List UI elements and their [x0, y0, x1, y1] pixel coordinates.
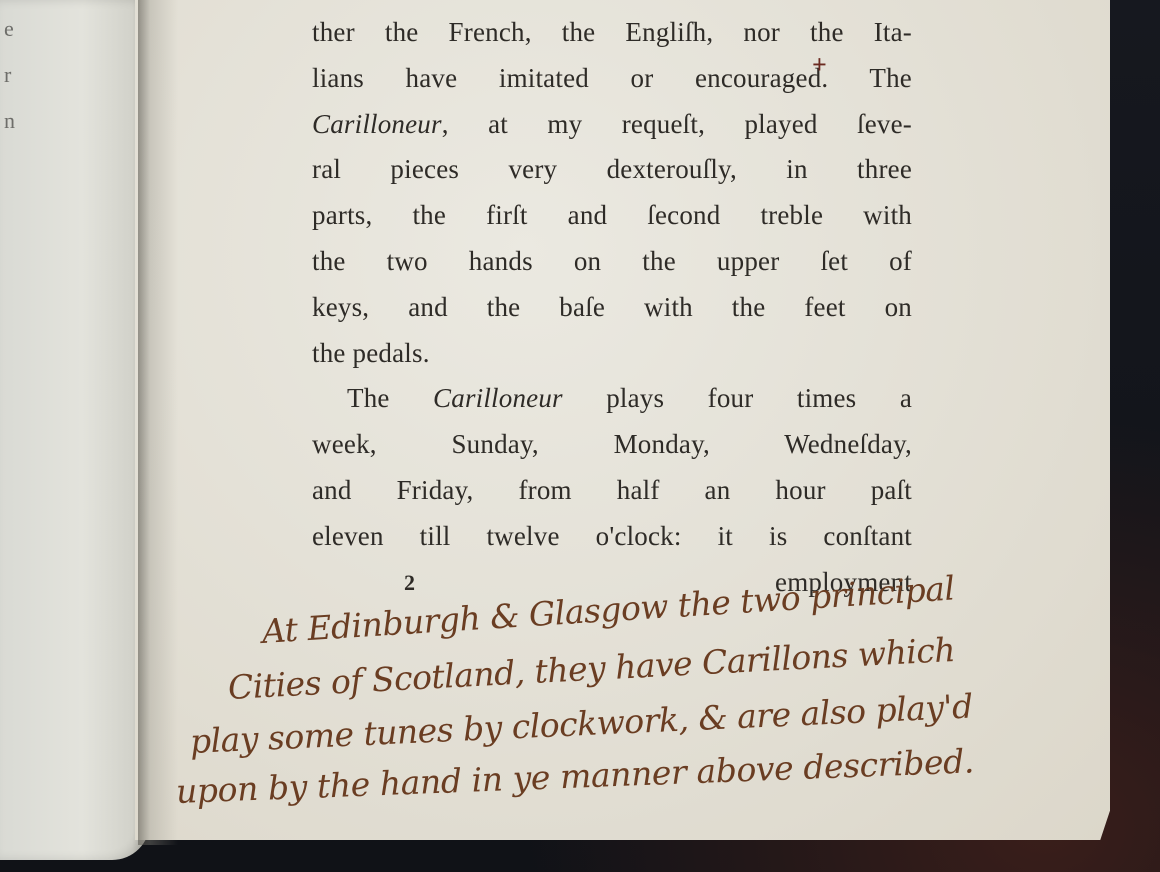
printed-text-block: ther the French, the Engliſh, nor the It…: [312, 10, 912, 605]
annotation-mark: +: [812, 50, 827, 80]
text-line: eleven till twelve o'clock: it is conſta…: [312, 514, 912, 560]
italic-word: Carilloneur: [312, 109, 442, 139]
text-line: week, Sunday, Monday, Wedneſday,: [312, 422, 912, 468]
left-page-fragment: e: [4, 16, 14, 42]
text-line: the two hands on the upper ſet of: [312, 239, 912, 285]
text-line: Carilloneur, at my requeſt, played ſeve-: [312, 102, 912, 148]
text-line: and Friday, from half an hour paſt: [312, 468, 912, 514]
text-fragment: The: [347, 383, 390, 413]
page-number: 2: [312, 560, 415, 605]
text-fragment: , at my requeſt, played ſeve-: [442, 109, 912, 139]
text-line: ther the French, the Engliſh, nor the It…: [312, 10, 912, 56]
italic-word: Carilloneur: [433, 383, 563, 413]
text-line: keys, and the baſe with the feet on: [312, 285, 912, 331]
left-page-fragment: r: [4, 62, 11, 88]
left-page-fragment: n: [4, 108, 15, 134]
text-fragment: plays four times a: [606, 383, 912, 413]
left-page: e r n: [0, 0, 150, 860]
text-line: the pedals.: [312, 331, 912, 377]
book-gutter: [138, 0, 178, 845]
text-line: The Carilloneur plays four times a: [312, 376, 912, 422]
text-line: ral pieces very dexterouſly, in three: [312, 147, 912, 193]
text-line: parts, the firſt and ſecond treble with: [312, 193, 912, 239]
